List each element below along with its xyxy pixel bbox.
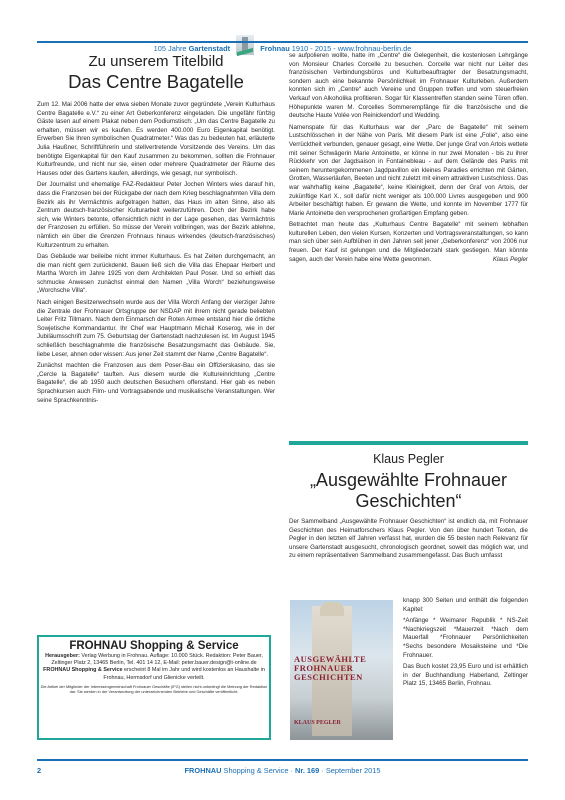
paragraph: Der Journalist und ehemalige FAZ-Redakte… [37,181,275,250]
paragraph: Zunächst machten die Franzosen aus dem P… [37,362,275,405]
header-rule [37,41,528,43]
paragraph: Zum 12. Mai 2006 hatte der etwa sieben M… [37,101,275,178]
footer-issue: FROHNAU Shopping & Service · Nr. 169 · S… [37,766,528,775]
article-column-left: Zu unserem Titelbild Das Centre Bagatell… [37,46,275,408]
book-article-details: knapp 300 Seiten und enthält die folgend… [403,597,528,692]
book-article-title: „Ausgewählte Frohnauer Geschichten“ [289,470,528,512]
article-column-right: se aufpolieren wollte, hatte im „Centre“… [289,52,528,267]
book-article-intro: Der Sammelband „Ausgewählte Frohnauer Ge… [289,518,528,561]
cover-author: KLAUS PEGLER [294,720,384,726]
book-article-author: Klaus Pegler [289,452,528,467]
section-divider [289,441,528,445]
impressum-title: FROHNAU Shopping & Service [39,639,269,653]
impressum-publisher: Herausgeber: Verlag Werbung in Frohnau. … [39,653,269,667]
cover-title: AUSGEWÄHLTE FROHNAUER GESCHICHTEN [294,655,389,682]
paragraph: Nach einigen Besitzerwechseln wurde aus … [37,299,275,359]
price-info: Das Buch kostet 23,95 Euro und ist erhäl… [403,663,528,689]
impressum-box: FROHNAU Shopping & Service Herausgeber: … [37,635,271,740]
page-header: 105 Jahre Gartenstadt Frohnau 1910 - 201… [37,6,528,44]
footer-rule [37,759,528,761]
article-kicker: Zu unserem Titelbild [37,52,275,71]
paragraph: se aufpolieren wollte, hatte im „Centre“… [289,52,528,121]
impressum-disclaimer: Die Artikel der Mitglieder der Interesse… [39,684,269,695]
paragraph: Namenspate für das Kulturhaus war der „P… [289,124,528,219]
paragraph: Das Gebäude war beileibe nicht immer Kul… [37,253,275,296]
chapter-list: *Anfänge * Weimarer Republik * NS-Zeit *… [403,617,528,660]
impressum-distribution: FROHNAU Shopping & Service erscheint 8 M… [39,667,269,681]
book-cover-image: AUSGEWÄHLTE FROHNAUER GESCHICHTEN KLAUS … [290,600,393,740]
article-title: Das Centre Bagatelle [37,71,275,93]
author-signature: Klaus Pegler [493,256,528,265]
paragraph: Betrachtet man heute das „Kulturhaus Cen… [289,221,528,264]
